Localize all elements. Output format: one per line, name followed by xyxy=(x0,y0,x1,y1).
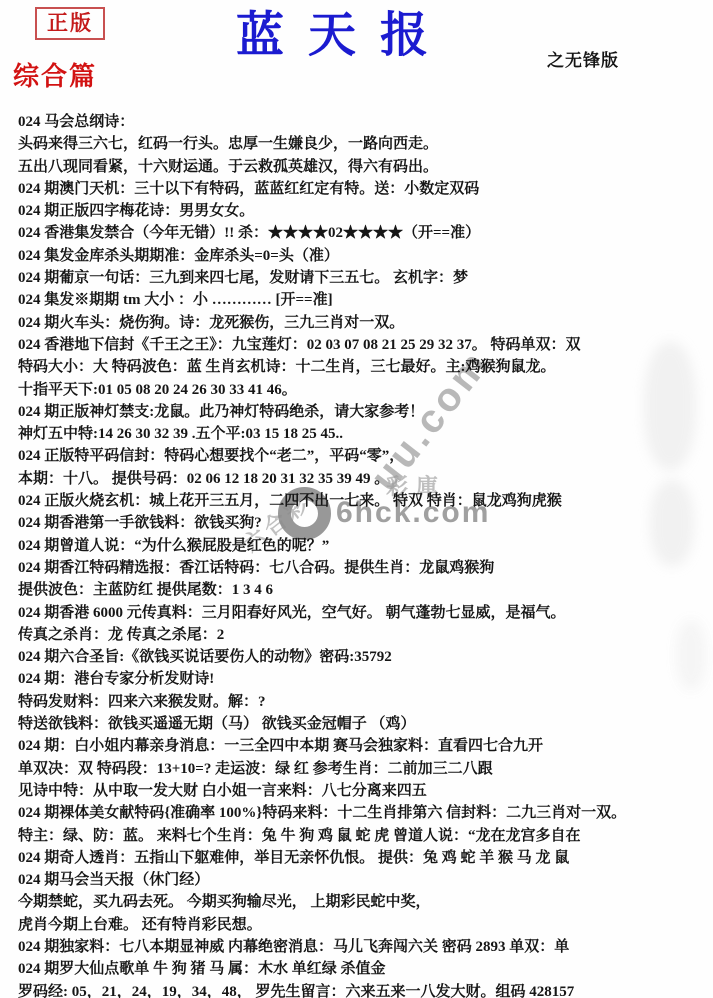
text-line: 024 正版特平码信封：特码心想要找个“老二”，平码“零”， xyxy=(18,445,711,467)
text-line: 传真之杀肖：龙 传真之杀尾：2 xyxy=(18,624,711,646)
text-line: 024 期六合圣旨:《欲钱买说话要伤人的动物》密码:35792 xyxy=(18,646,711,668)
text-line: 024 集发※期期 tm 大小 ：小 ………… [开==准] xyxy=(18,289,711,311)
text-line: 神灯五中特:14 26 30 32 39 .五个平:03 15 18 25 45… xyxy=(18,423,711,445)
text-line: 024 期香港 6000 元传真料：三月阳春好风光，空气好。 朝气蓬勃七显威，是… xyxy=(18,602,711,624)
text-line: 今期禁蛇，买九码去死。 今期买狗输尽光， 上期彩民蛇中奖， xyxy=(18,891,711,913)
text-line: 024 期火车头：烧伤狗。诗：龙死猴伤，三九三肖对一双。 xyxy=(18,312,711,334)
text-line: 024 期曾道人说：“为什么猴屁股是红色的呢？” xyxy=(18,535,711,557)
text-line: 特送欲钱料：欲钱买遥遥无期（马） 欲钱买金冠帽子 （鸡） xyxy=(18,713,711,735)
text-line: 024 期香港第一手欲钱料：欲钱买狗? xyxy=(18,512,711,534)
edition-label: 之无锋版 xyxy=(547,46,619,71)
section-heading: 综合篇 xyxy=(13,56,97,93)
text-line: 024 期：白小姐内幕亲身消息：一三全四中本期 赛马会独家料：直看四七合九开 xyxy=(18,735,711,757)
text-line: 见诗中特：从中取一发大财 白小姐一言来料：八七分离来四五 xyxy=(18,780,711,802)
text-line: 024 期葡京一句话：三九到来四七尾，发财请下三五七。 玄机字：梦 xyxy=(18,267,711,289)
text-line: 024 期香江特码精选报：香江话特码：七八合码。提供生肖：龙鼠鸡猴狗 xyxy=(18,557,711,579)
tips-text-block: 024 马会总纲诗：头码来得三六七，红码一行头。忠厚一生嫌良少，一路向西走。五出… xyxy=(18,111,711,998)
text-line: 单双决：双 特码段：13+10=? 走运波：绿 红 参考生肖：二前加三二八跟 xyxy=(18,758,711,780)
text-line: 五出八现同看紧，十六财运通。于云救孤英雄汉，得六有码出。 xyxy=(18,156,711,178)
text-line: 特码大小：大 特码波色：蓝 生肖玄机诗：十二生肖，三七最好。主:鸡猴狗鼠龙。 xyxy=(18,356,711,378)
text-line: 024 期澳门天机：三十以下有特码，蓝蓝红红定有特。送：小数定双码 xyxy=(18,178,711,200)
text-line: 024 期：港台专家分析发财诗! xyxy=(18,668,711,690)
text-line: 024 期马会当天报（休门经） xyxy=(18,869,711,891)
paper-title: 蓝天报 xyxy=(236,0,452,65)
text-line: 024 期正版神灯禁支:龙鼠。此乃神灯特码绝杀，请大家参考！ xyxy=(18,401,711,423)
text-line: 十指平天下:01 05 08 20 24 26 30 33 41 46。 xyxy=(18,379,711,401)
text-line: 024 期裸体美女献特码{准确率 100%}特码来料：十二生肖排第六 信封料：二… xyxy=(18,802,711,824)
text-line: 虎肖今期上台难。 还有特肖彩民想。 xyxy=(18,914,711,936)
text-line: 024 正版火烧玄机：城上花开三五月，二四不出一七来。 特双 特肖：鼠龙鸡狗虎猴 xyxy=(18,490,711,512)
text-line: 特主：绿、防：蓝。 来料七个生肖：兔 牛 狗 鸡 鼠 蛇 虎 曾道人说：“龙在龙… xyxy=(18,825,711,847)
text-line: 024 期独家料：七八本期显神威 内幕绝密消息：马儿飞奔闯六关 密码 2893 … xyxy=(18,936,711,958)
text-line: 024 香港集发禁合（今年无错）!! 杀：★★★★02★★★★（开==准） xyxy=(18,222,711,244)
text-line: 024 期罗大仙点歌单 牛 狗 猪 马 属：木水 单红绿 杀值金 xyxy=(18,958,711,980)
text-line: 024 集发金库杀头期期准：金库杀头=0=头（准） xyxy=(18,245,711,267)
text-line: 024 香港地下信封《千王之王》：九宝莲灯：02 03 07 08 21 25 … xyxy=(18,334,711,356)
text-line: 罗码经: 05，21，24，19，34，48， 罗先生留言：六来五来一八发大财。… xyxy=(18,981,711,998)
text-line: 本期：十八。 提供号码：02 06 12 18 20 31 32 35 39 4… xyxy=(18,468,711,490)
lantian-report-page: uu.com 六合彩 彩庫 6hck.com 正版 蓝天报 之无锋版 综合篇 0… xyxy=(0,0,713,998)
text-line: 特码发财料：四来六来猴发财。解：? xyxy=(18,691,711,713)
text-line: 提供波色：主蓝防红 提供尾数：1 3 4 6 xyxy=(18,579,711,601)
authentic-badge: 正版 xyxy=(35,7,105,40)
text-line: 024 期奇人透肖：五指山下躯难伸，举目无亲怀仇恨。 提供：兔 鸡 蛇 羊 猴 … xyxy=(18,847,711,869)
text-line: 头码来得三六七，红码一行头。忠厚一生嫌良少，一路向西走。 xyxy=(18,133,711,155)
text-line: 024 马会总纲诗： xyxy=(18,111,711,133)
text-line: 024 期正版四字梅花诗：男男女女。 xyxy=(18,200,711,222)
